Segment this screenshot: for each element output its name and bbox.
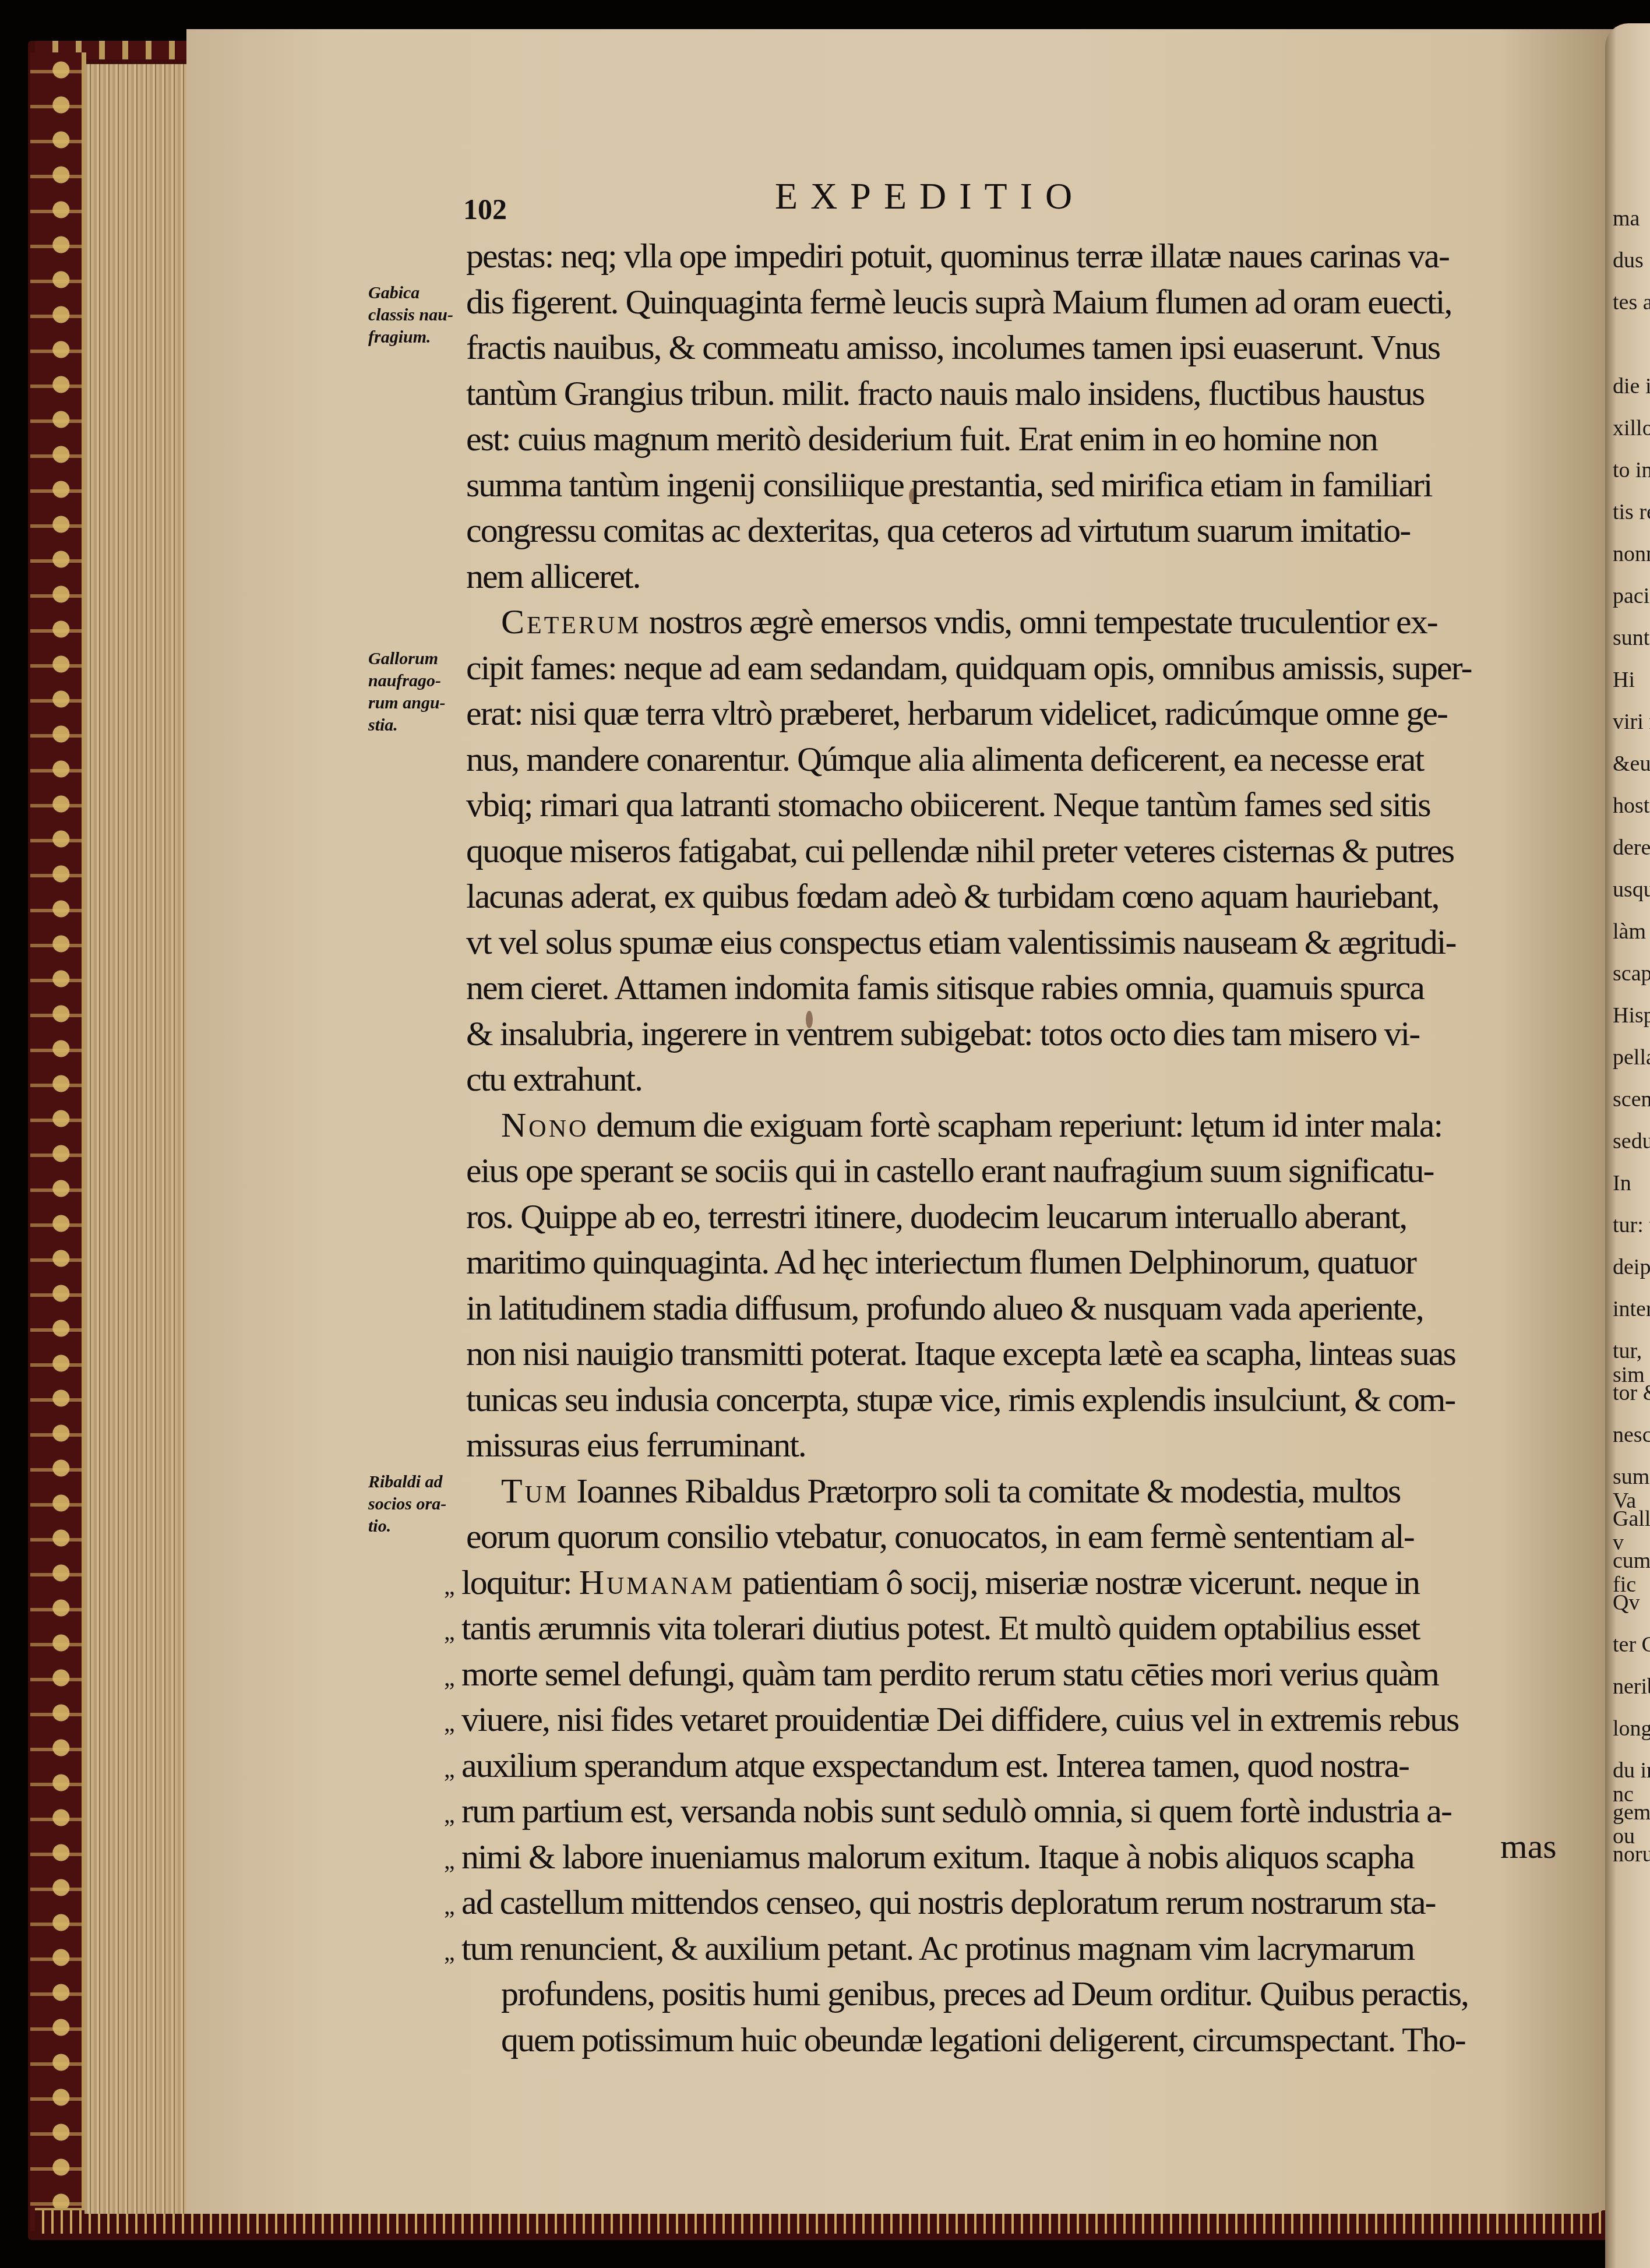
folio-number: 102 xyxy=(463,192,507,226)
text-line: maritimo quinquaginta. Ad hęc interiectu… xyxy=(466,1239,1567,1285)
text-line: & insalubria, ingerere in ventrem subige… xyxy=(466,1011,1567,1057)
facing-fragment: scendi xyxy=(1613,1088,1650,1130)
facing-fragment: to in xyxy=(1613,458,1650,500)
small-caps-lead: Tum xyxy=(501,1472,569,1510)
facing-fragment: xillo xyxy=(1613,417,1650,458)
text-line: quoque miseros fatigabat, cui pellendæ n… xyxy=(466,828,1567,874)
facing-fragment: deipsiu xyxy=(1613,1255,1650,1297)
text-line: Tum Ioannes Ribaldus Prætorpro soli ta c… xyxy=(466,1468,1567,1514)
text-line: erat: nisi quæ terra vltrò præberet, her… xyxy=(466,690,1567,736)
line-text: pestas: neq; vlla ope impediri potuit, q… xyxy=(466,237,1449,275)
text-line: „rum partium est, versanda nobis sunt se… xyxy=(466,1788,1567,1834)
facing-fragment: nonn xyxy=(1613,542,1650,584)
catchword: mas xyxy=(1500,1826,1557,1867)
gilt-left-border xyxy=(30,52,86,2231)
text-line: nus, mandere conarentur. Qúmque alia ali… xyxy=(466,736,1567,782)
line-text: ctu extrahunt. xyxy=(466,1060,642,1098)
quotation-mark: „ xyxy=(444,1701,461,1747)
line-text: congressu comitas ac dexteritas, qua cet… xyxy=(466,511,1410,549)
quotation-mark: „ xyxy=(444,1883,461,1930)
facing-fragment: usque xyxy=(1613,878,1650,920)
facing-fragment: In xyxy=(1613,1172,1650,1214)
line-text: nem cieret. Attamen indomita famis sitis… xyxy=(466,968,1424,1007)
facing-fragment xyxy=(1613,333,1650,375)
margin-note-line: Gallorum xyxy=(368,648,446,670)
text-line: nem alliceret. xyxy=(466,553,1567,599)
line-text: vbiq; rimari qua latranti stomacho obiic… xyxy=(466,785,1430,824)
line-text: maritimo quinquaginta. Ad hęc interiectu… xyxy=(466,1243,1416,1281)
line-text: & insalubria, ingerere in ventrem subige… xyxy=(466,1014,1419,1053)
line-text: ros. Quippe ab eo, terrestri itinere, du… xyxy=(466,1197,1406,1236)
text-line: fractis nauibus, & commeatu amisso, inco… xyxy=(466,324,1567,371)
line-text: cipit fames: neque ad eam sedandam, quid… xyxy=(466,648,1471,687)
text-line: summa tantùm ingenij consiliique prestan… xyxy=(466,462,1567,508)
facing-fragment: tur: tar xyxy=(1613,1214,1650,1255)
text-line: ctu extrahunt. xyxy=(466,1056,1567,1102)
line-text: quem potissimum huic obeundæ legationi d… xyxy=(501,2020,1465,2059)
small-caps-lead: Ceterum xyxy=(501,602,641,641)
margin-note: Gallorumnaufrago-rum angu-stia. xyxy=(368,648,446,736)
facing-fragment: die i xyxy=(1613,375,1650,417)
facing-fragment: dus xyxy=(1613,249,1650,291)
text-line: nem cieret. Attamen indomita famis sitis… xyxy=(466,965,1567,1011)
text-line: cipit fames: neque ad eam sedandam, quid… xyxy=(466,645,1567,691)
quotation-mark: „ xyxy=(444,1609,461,1655)
line-text: viuere, nisi fides vetaret prouidentiæ D… xyxy=(461,1700,1458,1738)
text-line: profundens, positis humi genibus, preces… xyxy=(466,1971,1567,2017)
margin-note-line: socios ora- xyxy=(368,1493,446,1515)
line-text: morte semel defungi, quàm tam perdito re… xyxy=(461,1655,1439,1693)
text-line: „ad castellum mittendos censeo, qui nost… xyxy=(466,1879,1567,1925)
margin-note: Gabicaclassis nau-fragium. xyxy=(368,282,453,348)
margin-note: Ribaldi adsocios ora-tio. xyxy=(368,1471,446,1537)
margin-note-line: classis nau- xyxy=(368,304,453,326)
line-text: ad castellum mittendos censeo, qui nostr… xyxy=(461,1883,1436,1921)
line-text: tantis ærumnis vita tolerari diutius pot… xyxy=(461,1609,1419,1647)
text-line: Nono demum die exiguam fortè scapham rep… xyxy=(466,1102,1567,1148)
facing-fragment: cum fic xyxy=(1613,1549,1650,1591)
line-text: eius ope sperant se sociis qui in castel… xyxy=(466,1151,1434,1190)
line-text: Ioannes Ribaldus Prætorpro soli ta comit… xyxy=(569,1472,1400,1510)
text-line: lacunas aderat, ex quibus fœdam adeò & t… xyxy=(466,873,1567,919)
line-text: vt vel solus spumæ eius conspectus etiam… xyxy=(466,923,1455,961)
line-text: est: cuius magnum meritò desiderium fuit… xyxy=(466,419,1377,458)
facing-fragment: sum Va xyxy=(1613,1465,1650,1507)
text-line: „tum renuncient, & auxilium petant. Ac p… xyxy=(466,1925,1567,1971)
line-text: tum renuncient, & auxilium petant. Ac pr… xyxy=(461,1929,1414,1967)
facing-fragment: Hi xyxy=(1613,668,1650,710)
facing-fragment: &eun xyxy=(1613,752,1650,794)
text-line: non nisi nauigio transmitti poterat. Ita… xyxy=(466,1331,1567,1377)
facing-fragment: ma xyxy=(1613,207,1650,249)
facing-fragment: neribus xyxy=(1613,1675,1650,1717)
text-line: „loquitur: Humanam patientiam ô socij, m… xyxy=(466,1560,1567,1606)
line-text: tantùm Grangius tribun. milit. fracto na… xyxy=(466,374,1424,412)
facing-fragment: nescio xyxy=(1613,1423,1650,1465)
line-text: loquitur: xyxy=(461,1563,579,1602)
text-line: vbiq; rimari qua latranti stomacho obiic… xyxy=(466,782,1567,828)
quotation-mark: „ xyxy=(444,1564,461,1610)
facing-fragment: pellan xyxy=(1613,1046,1650,1088)
line-text: nus, mandere conarentur. Qúmque alia ali… xyxy=(466,740,1423,778)
line-text: missuras eius ferruminant. xyxy=(466,1426,806,1464)
line-text: demum die exiguam fortè scapham reperiun… xyxy=(588,1106,1442,1144)
margin-note-line: fragium. xyxy=(368,326,453,348)
margin-note-line: tio. xyxy=(368,1515,446,1537)
facing-fragment: longo i xyxy=(1613,1717,1650,1759)
line-text: patientiam ô socij, miseriæ nostræ vicer… xyxy=(735,1563,1419,1602)
facing-fragment: interim xyxy=(1613,1297,1650,1339)
facing-fragment: tes a xyxy=(1613,291,1650,333)
facing-fragment: Gallis v xyxy=(1613,1507,1650,1549)
text-line: „viuere, nisi fides vetaret prouidentiæ … xyxy=(466,1696,1567,1743)
main-text-block: pestas: neq; vlla ope impediri potuit, q… xyxy=(466,233,1567,2062)
facing-fragment: norum xyxy=(1613,1843,1650,1885)
line-text: lacunas aderat, ex quibus fœdam adeò & t… xyxy=(466,877,1439,915)
line-text: quoque miseros fatigabat, cui pellendæ n… xyxy=(466,831,1454,870)
text-line: tantùm Grangius tribun. milit. fracto na… xyxy=(466,371,1567,417)
text-line: congressu comitas ac dexteritas, qua cet… xyxy=(466,507,1567,553)
margin-note-line: naufrago- xyxy=(368,670,446,692)
line-text: nem alliceret. xyxy=(466,557,640,595)
text-line: pestas: neq; vlla ope impediri potuit, q… xyxy=(466,233,1567,279)
quotation-mark: „ xyxy=(444,1838,461,1884)
facing-fragment: hosti, xyxy=(1613,794,1650,836)
text-line: vt vel solus spumæ eius conspectus etiam… xyxy=(466,919,1567,965)
quotation-mark: „ xyxy=(444,1655,461,1701)
page-edges xyxy=(84,64,201,2214)
text-line: „morte semel defungi, quàm tam perdito r… xyxy=(466,1651,1567,1697)
text-line: „tantis ærumnis vita tolerari diutius po… xyxy=(466,1605,1567,1651)
facing-page-text: madustes a die ixilloto intis renonnpaci… xyxy=(1613,207,1650,1885)
facing-fragment: viri nc xyxy=(1613,710,1650,752)
facing-fragment: seduct xyxy=(1613,1130,1650,1172)
facing-fragment: tor & a xyxy=(1613,1381,1650,1423)
line-text: dis figerent. Quinquaginta fermè leucis … xyxy=(466,283,1451,321)
facing-fragment: pacisc xyxy=(1613,584,1650,626)
facing-fragment: du in nc xyxy=(1613,1759,1650,1801)
running-head: EXPEDITIO xyxy=(775,175,1085,218)
text-line: eorum quorum consilio vtebatur, conuocat… xyxy=(466,1514,1567,1560)
facing-fragment: gem ou xyxy=(1613,1801,1650,1843)
facing-fragment: sunt. xyxy=(1613,626,1650,668)
quotation-mark: „ xyxy=(444,1747,461,1793)
text-line: ros. Quippe ab eo, terrestri itinere, du… xyxy=(466,1194,1567,1240)
text-line: in latitudinem stadia diffusum, profundo… xyxy=(466,1285,1567,1331)
text-line: quem potissimum huic obeundæ legationi d… xyxy=(466,2017,1567,2063)
line-text: eorum quorum consilio vtebatur, conuocat… xyxy=(466,1517,1414,1555)
text-line: eius ope sperant se sociis qui in castel… xyxy=(466,1148,1567,1194)
small-caps-lead: Nono xyxy=(501,1106,588,1144)
margin-note-line: Ribaldi ad xyxy=(368,1471,446,1493)
facing-fragment: Hispar xyxy=(1613,1004,1650,1046)
line-text: in latitudinem stadia diffusum, profundo… xyxy=(466,1289,1423,1327)
line-text: rum partium est, versanda nobis sunt sed… xyxy=(461,1791,1451,1830)
small-caps-lead: Humanam xyxy=(579,1563,735,1602)
facing-fragment: tis re xyxy=(1613,500,1650,542)
facing-fragment: tur, sim xyxy=(1613,1339,1650,1381)
text-line: dis figerent. Quinquaginta fermè leucis … xyxy=(466,279,1567,325)
facing-fragment: làm pe xyxy=(1613,920,1650,962)
quotation-mark: „ xyxy=(444,1930,461,1976)
text-line: est: cuius magnum meritò desiderium fuit… xyxy=(466,416,1567,462)
line-text: nimi & labore inueniamus malorum exitum.… xyxy=(461,1837,1414,1876)
line-text: non nisi nauigio transmitti poterat. Ita… xyxy=(466,1334,1455,1373)
margin-note-line: rum angu- xyxy=(368,692,446,714)
facing-fragment: ter Gal xyxy=(1613,1633,1650,1675)
line-text: summa tantùm ingenij consiliique prestan… xyxy=(466,465,1432,504)
line-text: fractis nauibus, & commeatu amisso, inco… xyxy=(466,328,1440,366)
facing-fragment: scapha xyxy=(1613,962,1650,1004)
line-text: nostros ægrè emersos vndis, omni tempest… xyxy=(641,602,1437,641)
facing-fragment: dere v xyxy=(1613,836,1650,878)
text-line: tunicas seu indusia concerpta, stupæ vic… xyxy=(466,1377,1567,1423)
line-text: profundens, positis humi genibus, preces… xyxy=(501,1974,1468,2013)
line-text: erat: nisi quæ terra vltrò præberet, her… xyxy=(466,694,1447,732)
line-text: auxilium sperandum atque exspectandum es… xyxy=(461,1746,1409,1784)
text-line: „nimi & labore inueniamus malorum exitum… xyxy=(466,1834,1567,1880)
text-line: missuras eius ferruminant. xyxy=(466,1422,1567,1468)
margin-note-line: Gabica xyxy=(368,282,453,304)
text-line: Ceterum nostros ægrè emersos vndis, omni… xyxy=(466,599,1567,645)
text-line: „auxilium sperandum atque exspectandum e… xyxy=(466,1743,1567,1789)
facing-fragment: Qv xyxy=(1613,1591,1650,1633)
margin-note-line: stia. xyxy=(368,714,446,736)
quotation-mark: „ xyxy=(444,1792,461,1838)
line-text: tunicas seu indusia concerpta, stupæ vic… xyxy=(466,1380,1455,1419)
